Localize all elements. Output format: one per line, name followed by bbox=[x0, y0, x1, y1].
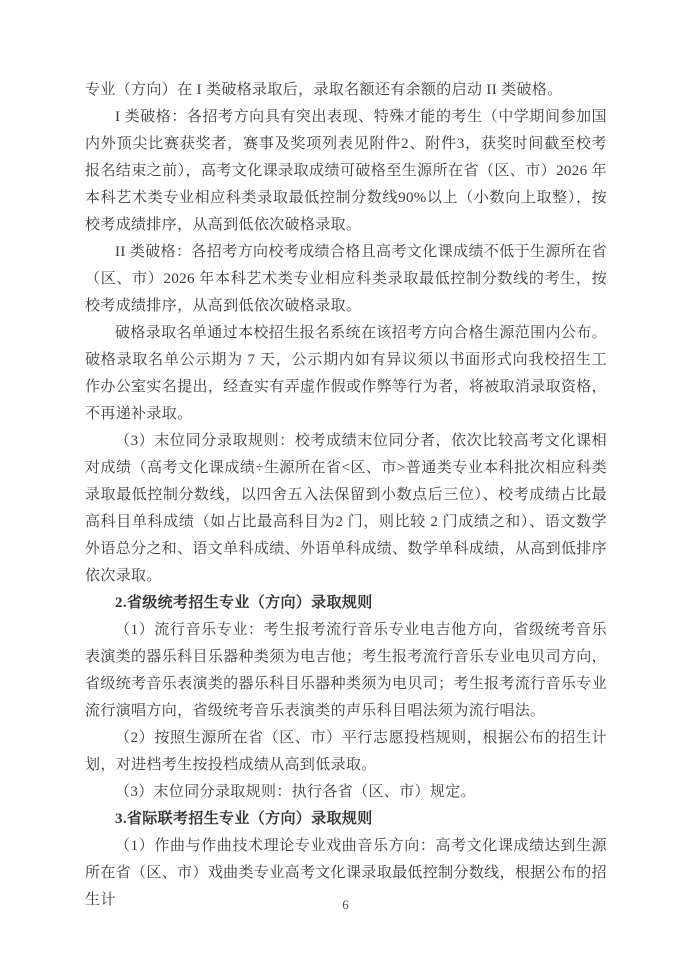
section-heading: 2.省级统考招生专业（方向）录取规则 bbox=[85, 590, 607, 617]
section-heading: 3.省际联考招生专业（方向）录取规则 bbox=[85, 806, 607, 833]
paragraph: （3）末位同分录取规则：校考成绩末位同分者，依次比较高考文化课相对成绩（高考文化… bbox=[85, 428, 607, 590]
paragraph: 专业（方向）在 I 类破格录取后，录取名额还有余额的启动 II 类破格。 bbox=[85, 77, 607, 104]
paragraph: （3）末位同分录取规则：执行各省（区、市）规定。 bbox=[85, 779, 607, 806]
document-body: 专业（方向）在 I 类破格录取后，录取名额还有余额的启动 II 类破格。I 类破… bbox=[85, 77, 607, 914]
document-page: 专业（方向）在 I 类破格录取后，录取名额还有余额的启动 II 类破格。I 类破… bbox=[0, 0, 691, 978]
paragraph: （2）按照生源所在省（区、市）平行志愿投档规则，根据公布的招生计划，对进档考生按… bbox=[85, 725, 607, 779]
paragraph: I 类破格：各招考方向具有突出表现、特殊才能的考生（中学期间参加国内外顶尖比赛获… bbox=[85, 104, 607, 239]
paragraph: （1）流行音乐专业：考生报考流行音乐专业电吉他方向，省级统考音乐表演类的器乐科目… bbox=[85, 617, 607, 725]
paragraph: 破格录取名单通过本校招生报名系统在该招考方向合格生源范围内公布。破格录取名单公示… bbox=[85, 320, 607, 428]
paragraph: II 类破格：各招考方向校考成绩合格且高考文化课成绩不低于生源所在省（区、市）2… bbox=[85, 239, 607, 320]
page-number: 6 bbox=[0, 897, 691, 913]
